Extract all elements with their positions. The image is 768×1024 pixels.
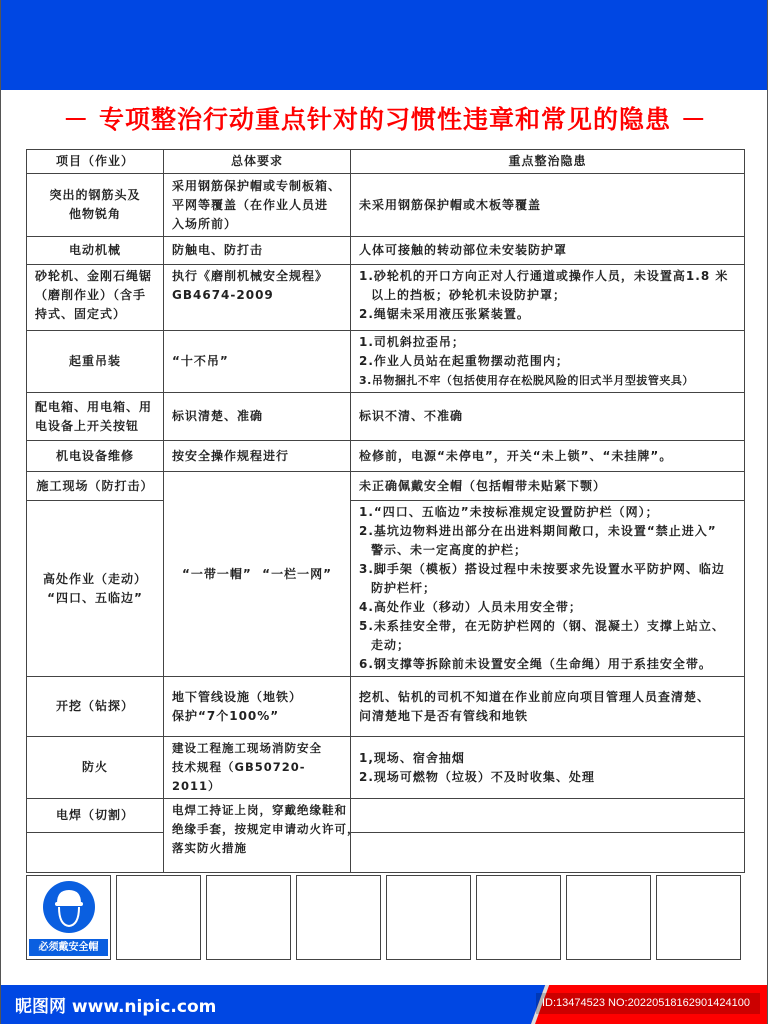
hazard-cell: 人体可接触的转动部位未安装防护罩	[351, 237, 745, 265]
requirement-cell: 标识清楚、准确	[164, 393, 351, 441]
item-cell: 电动机械	[27, 237, 164, 265]
requirement-cell: 建设工程施工现场消防安全 技术规程（GB50720-2011）	[164, 737, 351, 799]
item-cell: 砂轮机、金刚石绳锯 （磨削作业）（含手 持式、固定式）	[27, 265, 164, 331]
hazard-cell: 1.砂轮机的开口方向正对人行通道或操作人员，未设置高1.8 米 以上的挡板；砂轮…	[351, 265, 745, 331]
page-title: － 专项整治行动重点针对的习惯性违章和常见的隐患 －	[1, 100, 768, 136]
column-header-requirement: 总体要求	[164, 150, 351, 174]
hazard-cell: 未正确佩戴安全帽（包括帽带未贴紧下颚）	[351, 472, 745, 501]
sign-label: 必须戴安全帽	[29, 939, 108, 956]
hazard-table: 项目（作业） 总体要求 重点整治隐患 突出的钢筋头及 他物锐角 采用钢筋保护帽或…	[26, 149, 745, 873]
item-cell: 防火	[27, 737, 164, 799]
empty-cell	[27, 833, 164, 873]
sign-must-wear-helmet: 必须戴安全帽	[26, 875, 111, 960]
sign-placeholder	[206, 875, 291, 960]
column-header-hazards: 重点整治隐患	[351, 150, 745, 174]
item-cell: 机电设备维修	[27, 441, 164, 472]
requirement-cell: 地下管线设施（地铁） 保护“7个100%”	[164, 677, 351, 737]
item-cell: 配电箱、用电箱、用 电设备上开关按钮	[27, 393, 164, 441]
requirement-cell: 防触电、防打击	[164, 237, 351, 265]
table-row: 起重吊装 “十不吊” 1.司机斜拉歪吊； 2.作业人员站在起重物摆动范围内； 3…	[27, 331, 745, 393]
item-cell: 电焊（切割）	[27, 799, 164, 833]
sign-placeholder	[656, 875, 741, 960]
table-row: 高处作业（走动） “四口、五临边” 1.“四口、五临边”未按标准规定设置防护栏（…	[27, 501, 745, 677]
requirement-cell: 按安全操作规程进行	[164, 441, 351, 472]
hazard-cell: 1.“四口、五临边”未按标准规定设置防护栏（网）； 2.基坑边物料进出部分在出进…	[351, 501, 745, 677]
requirement-cell: 电焊工持证上岗，穿戴绝缘鞋和 绝缘手套，按规定申请动火许可， 落实防火措施	[164, 799, 351, 873]
table-row: 突出的钢筋头及 他物锐角 采用钢筋保护帽或专制板箱、 平网等覆盖（在作业人员进 …	[27, 174, 745, 237]
table-row: 砂轮机、金刚石绳锯 （磨削作业）（含手 持式、固定式） 执行《磨削机械安全规程》…	[27, 265, 745, 331]
hazard-cell: 未采用钢筋保护帽或木板等覆盖	[351, 174, 745, 237]
table-row: 防火 建设工程施工现场消防安全 技术规程（GB50720-2011） 1,现场、…	[27, 737, 745, 799]
requirement-cell: “一带一帽” “一栏一网”	[164, 472, 351, 677]
table-row: 施工现场（防打击） “一带一帽” “一栏一网” 未正确佩戴安全帽（包括帽带未贴紧…	[27, 472, 745, 501]
sign-placeholder	[476, 875, 561, 960]
hazard-cell: 挖机、钻机的司机不知道在作业前应向项目管理人员查清楚、 问清楚地下是否有管线和地…	[351, 677, 745, 737]
sign-placeholder	[116, 875, 201, 960]
sign-placeholder	[296, 875, 381, 960]
table-row-empty	[27, 833, 745, 873]
requirement-cell: 执行《磨削机械安全规程》 GB4674-2009	[164, 265, 351, 331]
empty-cell	[351, 833, 745, 873]
hazard-cell	[351, 799, 745, 833]
table-row: 配电箱、用电箱、用 电设备上开关按钮 标识清楚、准确 标识不清、不准确	[27, 393, 745, 441]
table-row: 开挖（钻探） 地下管线设施（地铁） 保护“7个100%” 挖机、钻机的司机不知道…	[27, 677, 745, 737]
table-row: 电动机械 防触电、防打击 人体可接触的转动部位未安装防护罩	[27, 237, 745, 265]
requirement-cell: “十不吊”	[164, 331, 351, 393]
table-row: 电焊（切割） 电焊工持证上岗，穿戴绝缘鞋和 绝缘手套，按规定申请动火许可， 落实…	[27, 799, 745, 833]
safety-signs-row: 必须戴安全帽	[26, 875, 746, 962]
watermark-logo: 昵图网 www.nipic.com	[15, 992, 216, 1017]
top-blue-band	[1, 0, 768, 90]
hazard-cell: 标识不清、不准确	[351, 393, 745, 441]
table-header-row: 项目（作业） 总体要求 重点整治隐患	[27, 150, 745, 174]
sign-placeholder	[566, 875, 651, 960]
item-cell: 高处作业（走动） “四口、五临边”	[27, 501, 164, 677]
hazard-cell: 1,现场、宿舍抽烟 2.现场可燃物（垃圾）不及时收集、处理	[351, 737, 745, 799]
item-cell: 施工现场（防打击）	[27, 472, 164, 501]
hazard-cell: 检修前，电源“未停电”，开关“未上锁”、“未挂牌”。	[351, 441, 745, 472]
requirement-cell: 采用钢筋保护帽或专制板箱、 平网等覆盖（在作业人员进 入场所前）	[164, 174, 351, 237]
bottom-watermark-band: 昵图网 www.nipic.com ID:13474523 NO:2022051…	[1, 985, 768, 1024]
watermark-id: ID:13474523 NO:20220518162901424100	[536, 993, 760, 1014]
item-cell: 起重吊装	[27, 331, 164, 393]
item-cell: 突出的钢筋头及 他物锐角	[27, 174, 164, 237]
item-cell: 开挖（钻探）	[27, 677, 164, 737]
sign-placeholder	[386, 875, 471, 960]
helmet-icon	[43, 881, 95, 933]
table-row: 机电设备维修 按安全操作规程进行 检修前，电源“未停电”，开关“未上锁”、“未挂…	[27, 441, 745, 472]
hazard-cell: 1.司机斜拉歪吊； 2.作业人员站在起重物摆动范围内； 3.吊物捆扎不牢（包括使…	[351, 331, 745, 393]
column-header-item: 项目（作业）	[27, 150, 164, 174]
